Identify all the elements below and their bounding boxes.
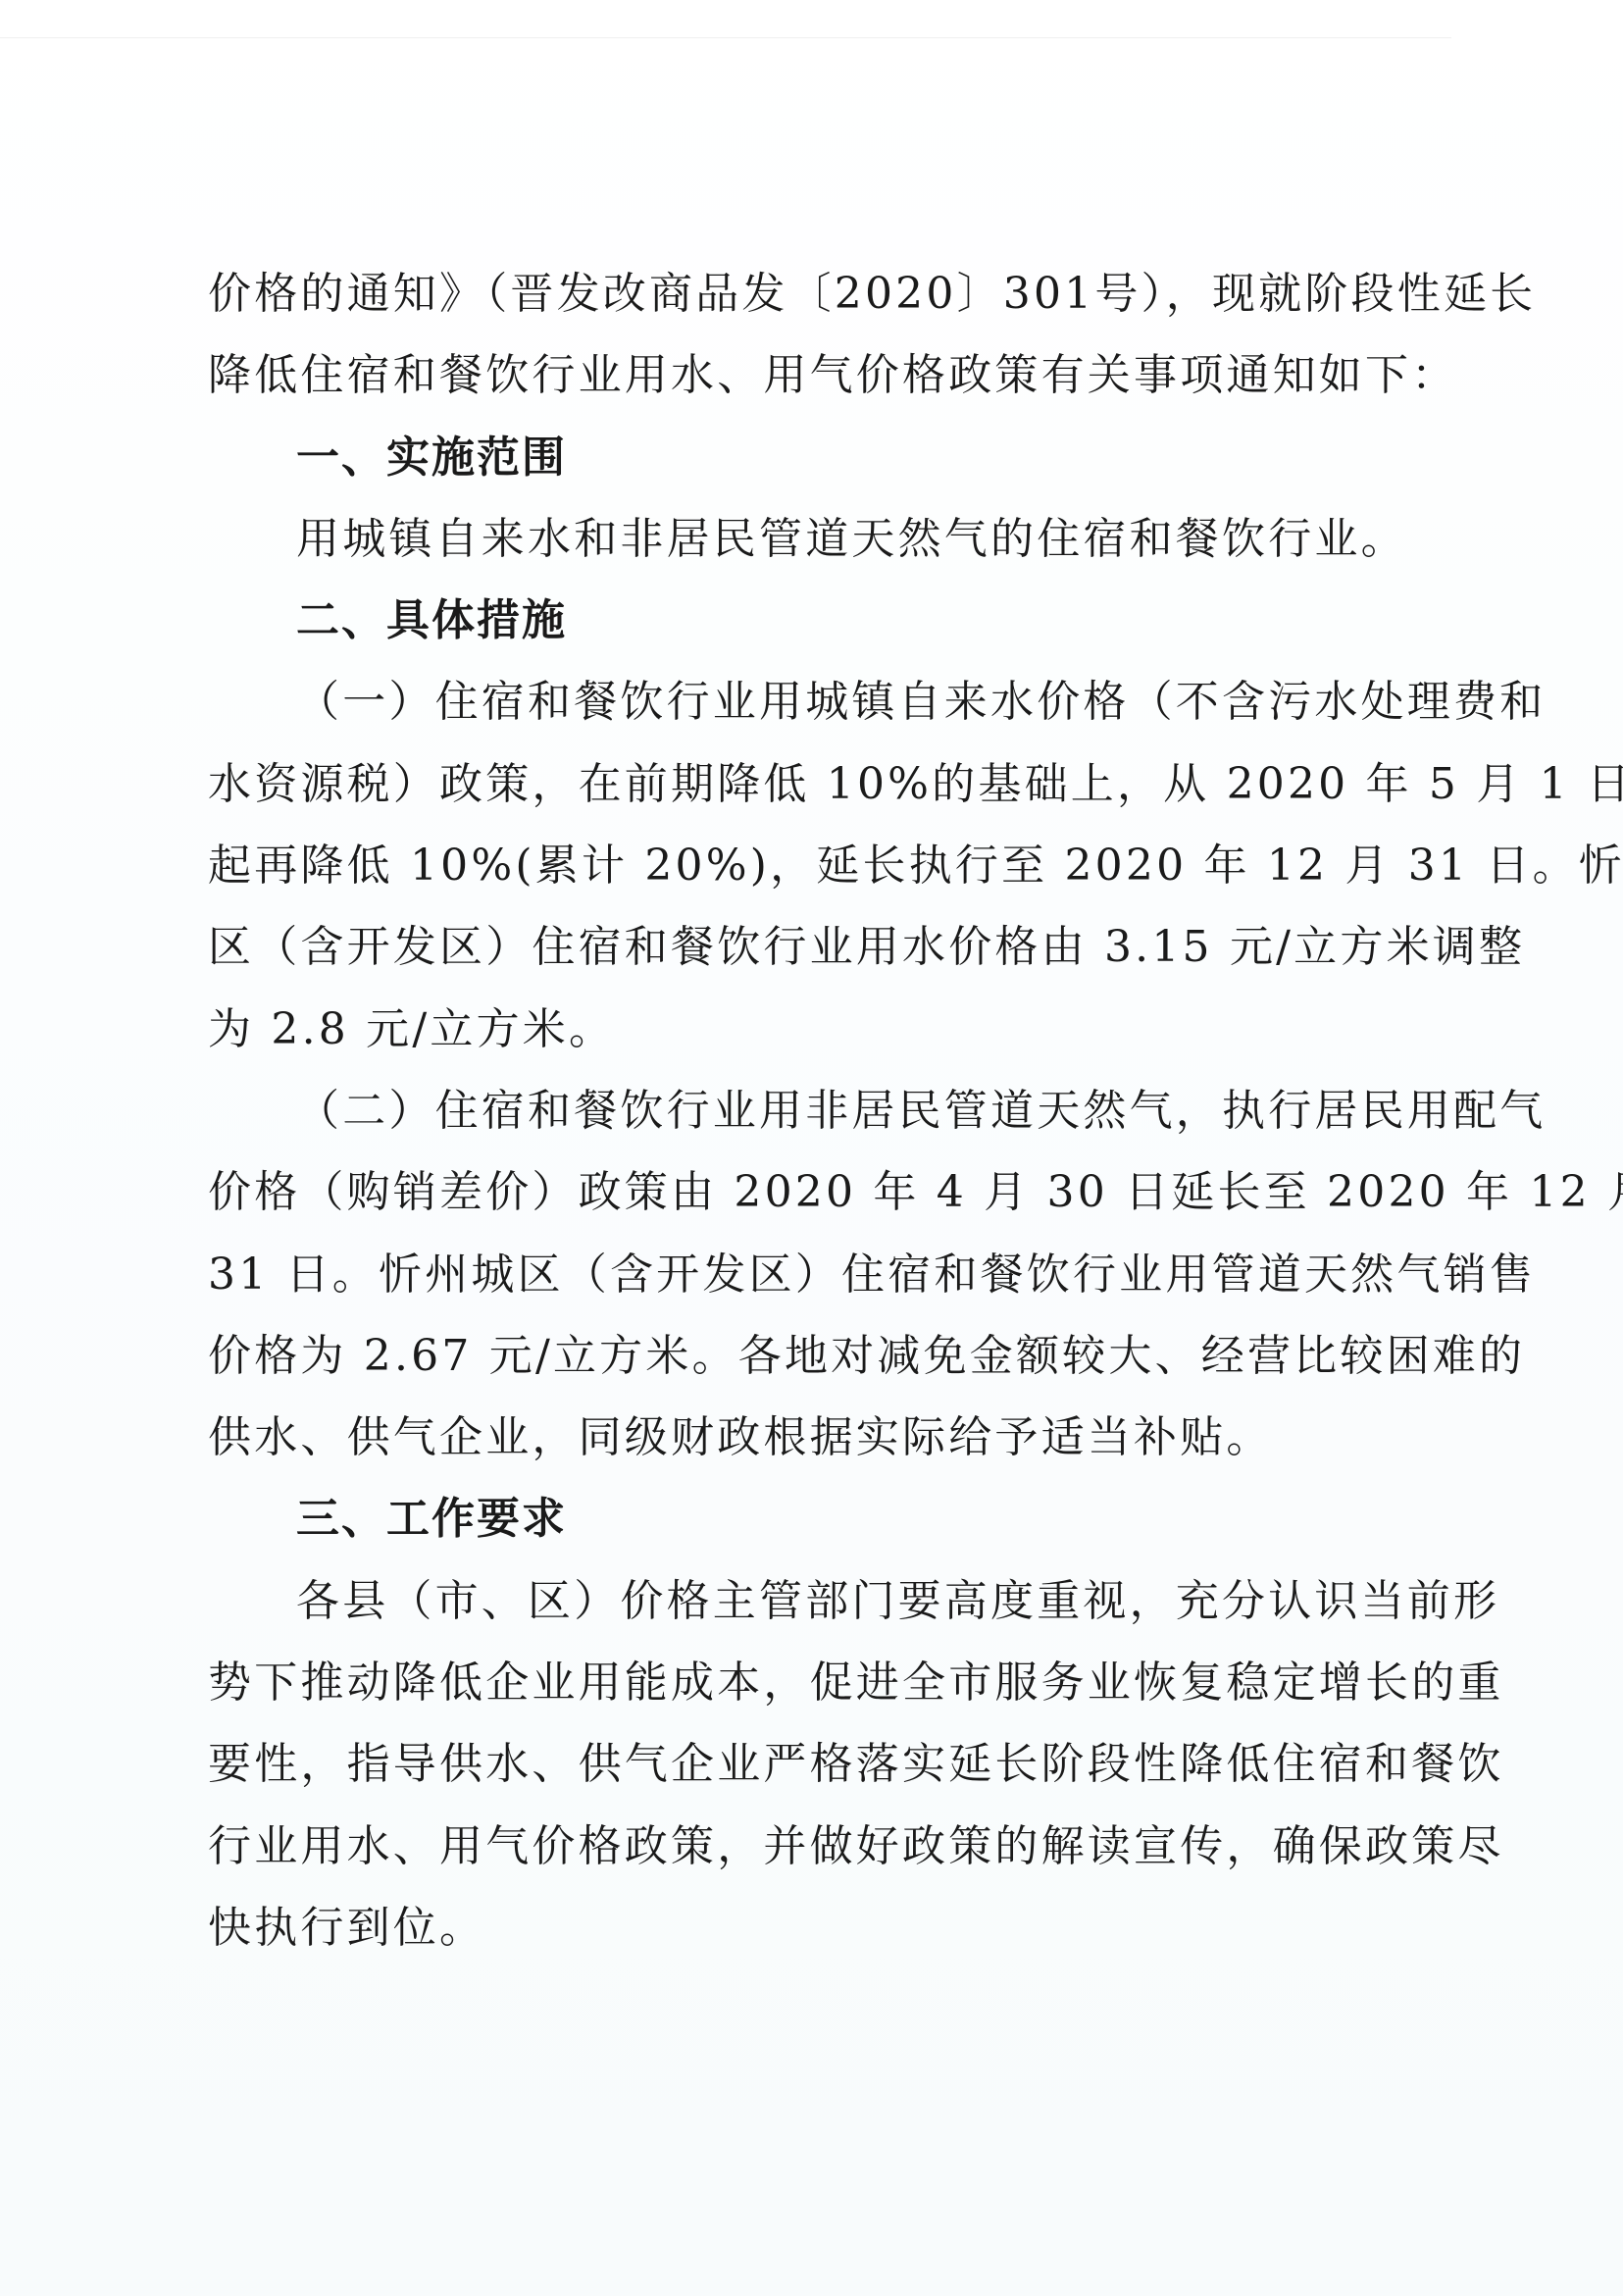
section-heading-scope: 一、实施范围 (208, 417, 1424, 498)
paragraph-line: 区（含开发区）住宿和餐饮行业用水价格由 3.15 元/立方米调整 (208, 906, 1424, 988)
document-body: 价格的通知》（晋发改商品发〔2020〕301号），现就阶段性延长 降低住宿和餐饮… (208, 253, 1424, 1968)
paragraph-line: 价格为 2.67 元/立方米。各地对减免金额较大、经营比较困难的 (208, 1315, 1424, 1397)
paragraph-line: 势下推动降低企业用能成本，促进全市服务业恢复稳定增长的重 (208, 1642, 1424, 1723)
paragraph-line: 起再降低 10%(累计 20%)，延长执行至 2020 年 12 月 31 日。… (208, 825, 1424, 906)
paragraph-line: （二）住宿和餐饮行业用非居民管道天然气，执行居民用配气 (208, 1070, 1424, 1151)
paragraph-line: （一）住宿和餐饮行业用城镇自来水价格（不含污水处理费和 (208, 661, 1424, 742)
scan-edge-line (0, 37, 1451, 38)
paragraph-line: 各县（市、区）价格主管部门要高度重视，充分认识当前形 (208, 1560, 1424, 1642)
paragraph-line: 价格（购销差价）政策由 2020 年 4 月 30 日延长至 2020 年 12… (208, 1151, 1424, 1233)
paragraph-line: 降低住宿和餐饮行业用水、用气价格政策有关事项通知如下： (208, 334, 1424, 416)
section-heading-requirements: 三、工作要求 (208, 1478, 1424, 1559)
paragraph-line: 31 日。忻州城区（含开发区）住宿和餐饮行业用管道天然气销售 (208, 1234, 1424, 1315)
paragraph-line: 价格的通知》（晋发改商品发〔2020〕301号），现就阶段性延长 (208, 253, 1424, 334)
paragraph-line: 快执行到位。 (208, 1887, 1424, 1968)
paragraph-line: 用城镇自来水和非居民管道天然气的住宿和餐饮行业。 (208, 498, 1424, 580)
section-heading-measures: 二、具体措施 (208, 580, 1424, 661)
paragraph-line: 为 2.8 元/立方米。 (208, 989, 1424, 1070)
paragraph-line: 行业用水、用气价格政策，并做好政策的解读宣传，确保政策尽 (208, 1806, 1424, 1887)
paragraph-line: 要性，指导供水、供气企业严格落实延长阶段性降低住宿和餐饮 (208, 1723, 1424, 1805)
document-page: 价格的通知》（晋发改商品发〔2020〕301号），现就阶段性延长 降低住宿和餐饮… (0, 0, 1623, 2296)
paragraph-line: 供水、供气企业，同级财政根据实际给予适当补贴。 (208, 1397, 1424, 1478)
paragraph-line: 水资源税）政策，在前期降低 10%的基础上，从 2020 年 5 月 1 日 (208, 743, 1424, 825)
